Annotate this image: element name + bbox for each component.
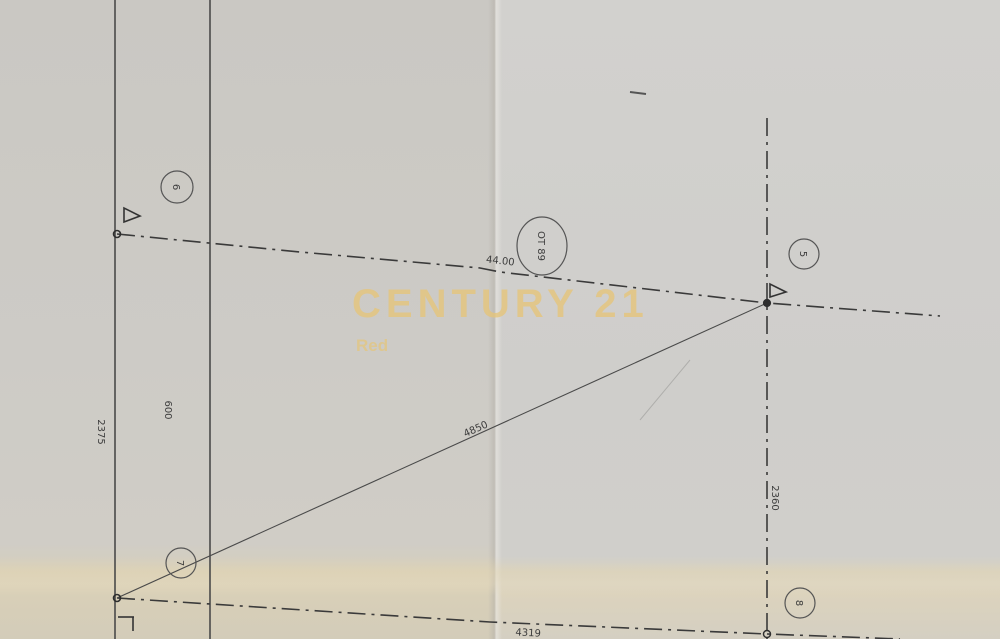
- svg-text:6: 6: [170, 184, 181, 190]
- point-label-6: 6: [161, 171, 193, 203]
- point-label-5: 5: [789, 239, 819, 269]
- dimension-right-edge: 2360: [769, 485, 780, 510]
- svg-text:8: 8: [793, 600, 804, 606]
- delta-marker-6-icon: [124, 208, 140, 222]
- survey-drawing-photo: 6 5 7 8 OT 89 44.00 4850 2375 2360 4319 …: [0, 0, 1000, 639]
- bottom-property-line: [117, 598, 900, 639]
- vertex-5-dot: [764, 300, 771, 307]
- point-label-7: 7: [166, 548, 196, 578]
- svg-text:5: 5: [797, 251, 808, 257]
- century21-watermark-sub: Red: [356, 336, 388, 356]
- dimension-bottom-edge: 4319: [515, 627, 541, 639]
- gamma-marker-7-icon: [118, 617, 134, 631]
- dimension-strip-width: 600: [162, 400, 173, 419]
- dimension-top-edge: 44.00: [485, 255, 515, 269]
- svg-text:7: 7: [174, 560, 185, 566]
- ink-mark: [630, 92, 646, 94]
- diagonal-measure-line: [117, 303, 767, 598]
- delta-marker-5-icon: [770, 284, 786, 297]
- dimension-diagonal: 4850: [462, 420, 490, 440]
- svg-text:OT 89: OT 89: [535, 231, 546, 261]
- pencil-mark: [640, 360, 690, 420]
- dimension-left-edge: 2375: [95, 419, 106, 444]
- point-label-8: 8: [785, 588, 815, 618]
- century21-watermark: CENTURY 21: [352, 282, 649, 327]
- parcel-tag: OT 89: [517, 217, 567, 275]
